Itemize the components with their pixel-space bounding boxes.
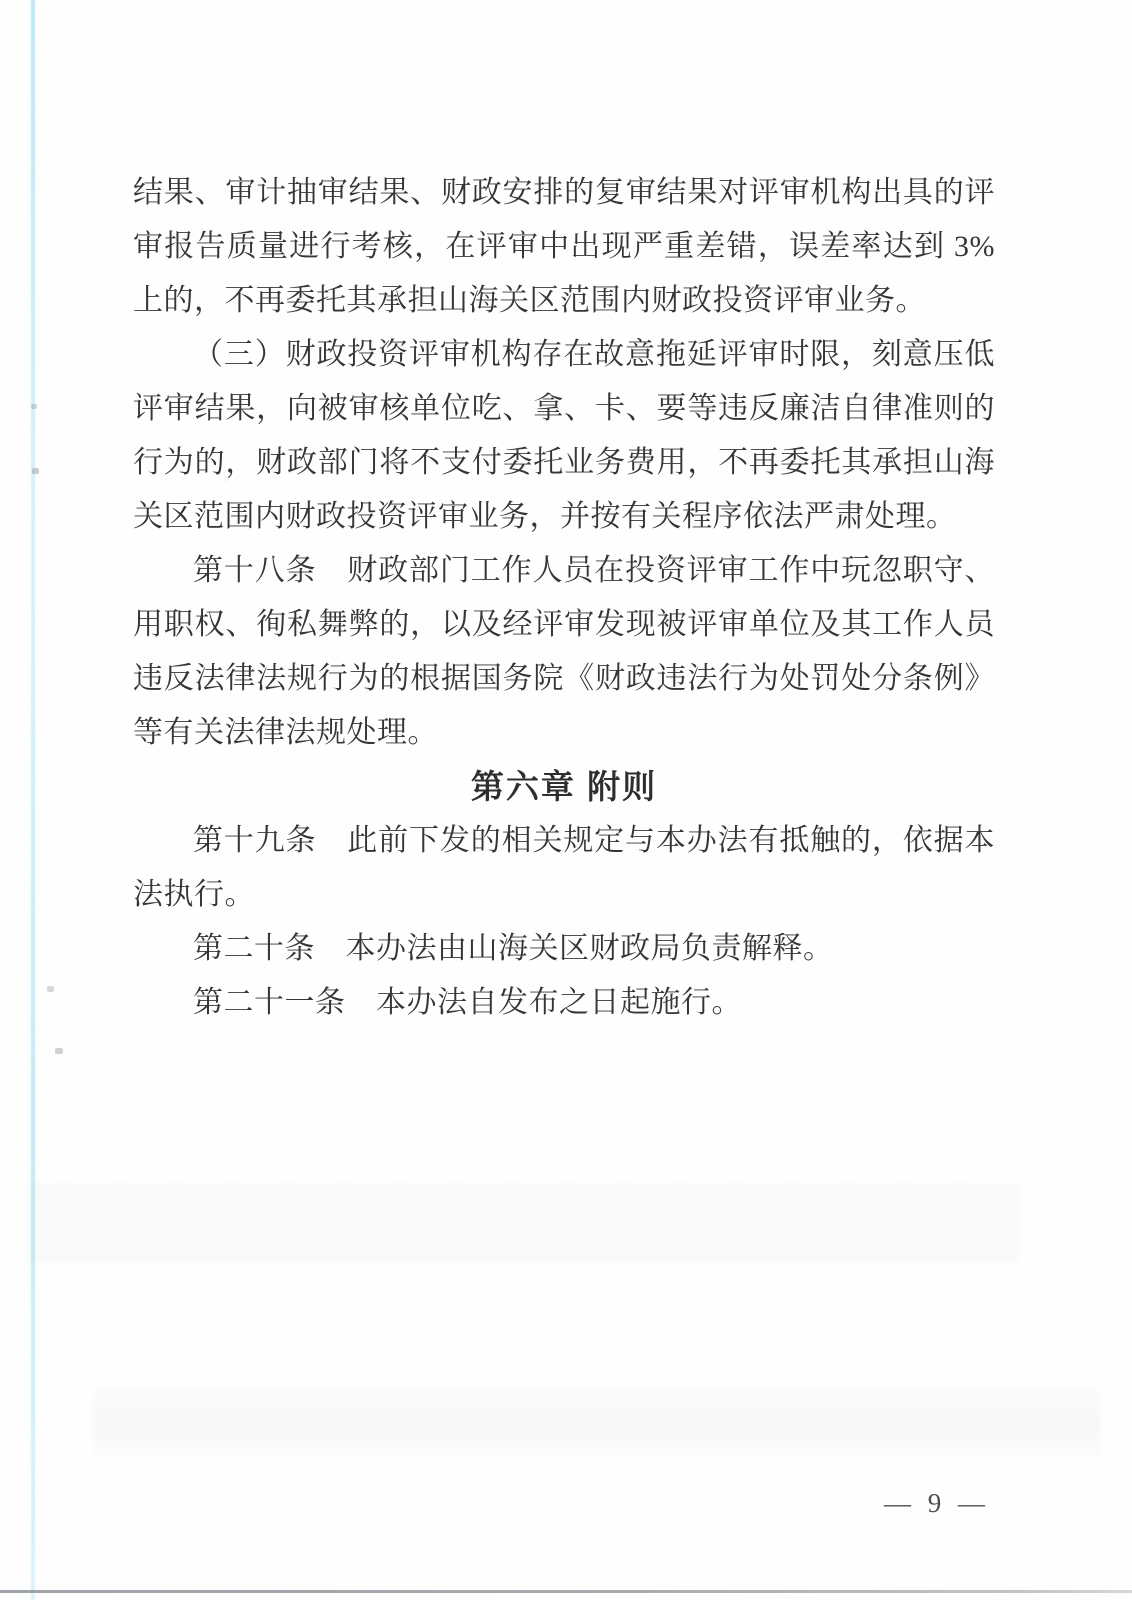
chapter-heading: 第六章 附则	[133, 760, 995, 814]
text-line: 第二十一条 本办法自发布之日起施行。	[133, 976, 995, 1030]
scanned-document-page: 结果、审计抽审结果、财政安排的复审结果对评审机构出具的评 审报告质量进行考核，在…	[0, 0, 1132, 1600]
scan-speck	[47, 986, 54, 992]
text-line: 违反法律法规行为的根据国务院《财政违法行为处罚处分条例》	[133, 652, 995, 706]
page-number: — 9 —	[852, 1488, 1022, 1519]
text-line: 审报告质量进行考核，在评审中出现严重差错，误差率达到 3%以	[133, 220, 995, 274]
text-line: 法执行。	[133, 868, 995, 922]
scan-speck	[55, 1048, 63, 1054]
scanner-edge-line	[31, 0, 35, 1600]
scan-bottom-edge	[0, 1590, 1132, 1593]
text-line: （三）财政投资评审机构存在故意拖延评审时限，刻意压低	[133, 328, 995, 382]
text-line: 评审结果，向被审核单位吃、拿、卡、要等违反廉洁自律准则的	[133, 382, 995, 436]
text-line: 用职权、徇私舞弊的，以及经评审发现被评审单位及其工作人员	[133, 598, 995, 652]
text-line: 第十八条 财政部门工作人员在投资评审工作中玩忽职守、滥	[133, 544, 995, 598]
text-line: 行为的，财政部门将不支付委托业务费用，不再委托其承担山海	[133, 436, 995, 490]
text-line: 第二十条 本办法由山海关区财政局负责解释。	[133, 922, 995, 976]
text-line: 结果、审计抽审结果、财政安排的复审结果对评审机构出具的评	[133, 166, 995, 220]
bleed-through-smudge	[95, 1388, 1100, 1456]
text-line: 关区范围内财政投资评审业务，并按有关程序依法严肃处理。	[133, 490, 995, 544]
document-body: 结果、审计抽审结果、财政安排的复审结果对评审机构出具的评 审报告质量进行考核，在…	[133, 166, 995, 1030]
bleed-through-smudge	[28, 1183, 1018, 1261]
text-line: 等有关法律法规处理。	[133, 706, 995, 760]
text-line: 上的，不再委托其承担山海关区范围内财政投资评审业务。	[133, 274, 995, 328]
text-line: 第十九条 此前下发的相关规定与本办法有抵触的，依据本办	[133, 814, 995, 868]
